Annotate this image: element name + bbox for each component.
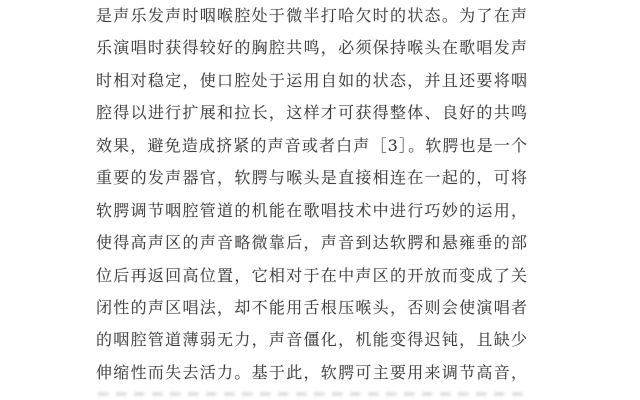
paragraph-line: 重要的发声器官，软腭与喉头是直接相连在一起的，可将 bbox=[96, 162, 527, 194]
paragraph-line: 闭性的声区唱法，却不能用舌根压喉头，否则会使演唱者 bbox=[96, 292, 527, 324]
paragraph-line: 时相对稳定，使口腔处于运用自如的状态，并且还要将咽 bbox=[96, 65, 527, 97]
paragraph-line: 是声乐发声时咽喉腔处于微半打哈欠时的状态。为了在声 bbox=[96, 0, 527, 32]
paragraph-line: 乐演唱时获得较好的胸腔共鸣，必须保持喉头在歌唱发声 bbox=[96, 32, 527, 64]
paragraph-block: 是声乐发声时咽喉腔处于微半打哈欠时的状态。为了在声 乐演唱时获得较好的胸腔共鸣，… bbox=[96, 0, 527, 389]
scanned-page: 是声乐发声时咽喉腔处于微半打哈欠时的状态。为了在声 乐演唱时获得较好的胸腔共鸣，… bbox=[0, 0, 640, 400]
paragraph-line: 效果，避免造成挤紧的声音或者白声［3］。软腭也是一个 bbox=[96, 130, 527, 162]
paragraph-line: 使得高声区的声音略微靠后，声音到达软腭和悬雍垂的部 bbox=[96, 227, 527, 259]
paragraph-line: 伸缩性而失去活力。基于此，软腭可主要用来调节高音， bbox=[96, 357, 527, 389]
paragraph-line: 位后再返回高位置，它相对于在中声区的开放而变成了关 bbox=[96, 260, 527, 292]
paragraph-line: 软腭调节咽腔管道的机能在歌唱技术中进行巧妙的运用， bbox=[96, 195, 527, 227]
paragraph-line: 腔得以进行扩展和拉长，这样才可获得整体、良好的共鸣 bbox=[96, 97, 527, 129]
paragraph-line: 的咽腔管道薄弱无力，声音僵化，机能变得迟钝，且缺少 bbox=[96, 324, 527, 356]
cutoff-next-line-artifact bbox=[98, 392, 526, 396]
